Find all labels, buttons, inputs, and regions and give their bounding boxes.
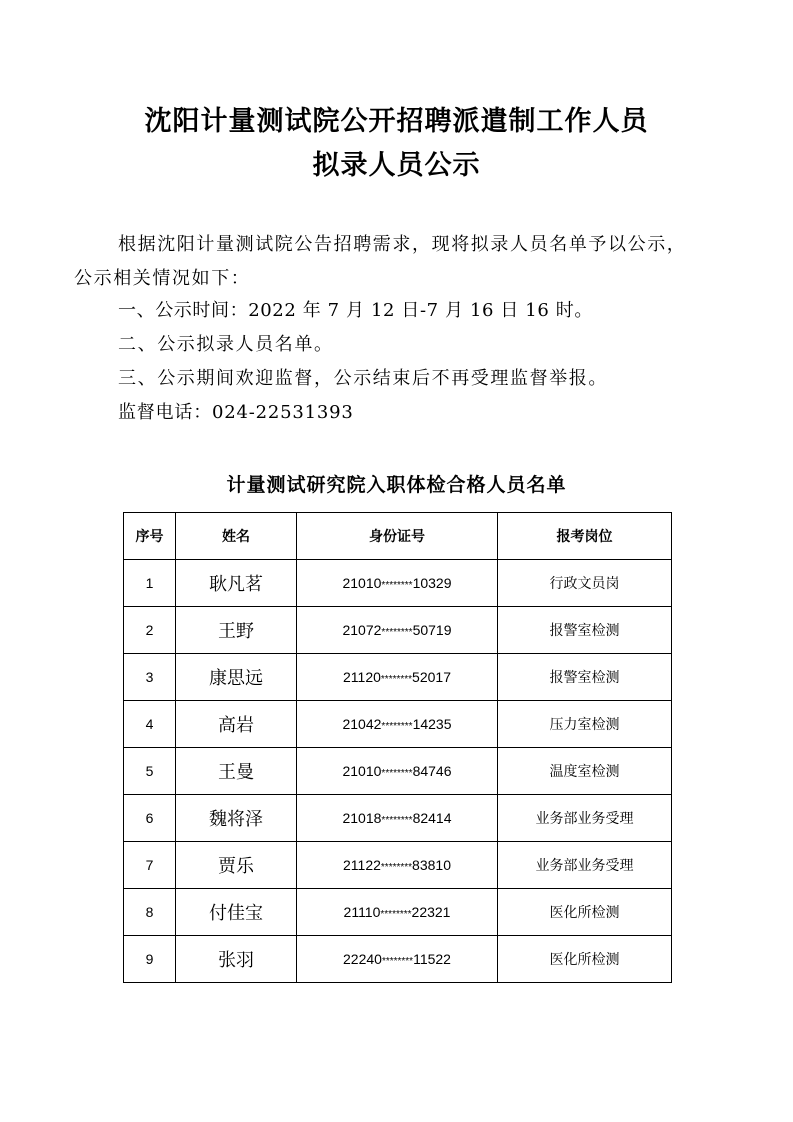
id-suffix: 10329 xyxy=(413,575,452,591)
id-suffix: 50719 xyxy=(413,622,452,638)
document-title-line1: 沈阳计量测试院公开招聘派遣制工作人员 xyxy=(0,99,793,138)
id-prefix: 21110 xyxy=(344,904,381,920)
table-row: 7贾乐21122********83810业务部业务受理 xyxy=(124,842,672,889)
row-name: 高岩 xyxy=(176,701,297,748)
row-id-number: 21072********50719 xyxy=(297,607,498,654)
id-mask: ******** xyxy=(381,768,412,779)
header-id-number: 身份证号 xyxy=(297,513,498,560)
id-suffix: 82414 xyxy=(413,810,452,826)
table-row: 9张羽22240********11522医化所检测 xyxy=(124,936,672,983)
id-prefix: 21018 xyxy=(342,810,381,826)
intro-paragraph-line1: 根据沈阳计量测试院公告招聘需求，现将拟录人员名单予以公示， xyxy=(118,230,686,256)
id-prefix: 21010 xyxy=(342,575,381,591)
id-mask: ******** xyxy=(381,862,412,873)
id-suffix: 52017 xyxy=(412,669,451,685)
id-prefix: 21120 xyxy=(343,669,381,685)
row-id-number: 21120********52017 xyxy=(297,654,498,701)
row-position: 医化所检测 xyxy=(498,936,672,983)
row-position: 业务部业务受理 xyxy=(498,842,672,889)
row-name: 王曼 xyxy=(176,748,297,795)
table-row: 3康思远21120********52017报警室检测 xyxy=(124,654,672,701)
row-id-number: 21110********22321 xyxy=(297,889,498,936)
id-mask: ******** xyxy=(381,627,412,638)
row-position: 业务部业务受理 xyxy=(498,795,672,842)
row-index: 5 xyxy=(124,748,176,795)
row-position: 温度室检测 xyxy=(498,748,672,795)
table-row: 5王曼21010********84746温度室检测 xyxy=(124,748,672,795)
id-suffix: 83810 xyxy=(412,857,451,873)
row-index: 9 xyxy=(124,936,176,983)
row-id-number: 21042********14235 xyxy=(297,701,498,748)
supervision-phone: 监督电话：024-22531393 xyxy=(118,398,354,424)
row-index: 1 xyxy=(124,560,176,607)
id-suffix: 14235 xyxy=(413,716,452,732)
row-position: 报警室检测 xyxy=(498,607,672,654)
candidate-table: 序号 姓名 身份证号 报考岗位 1耿凡茗21010********10329行政… xyxy=(123,512,672,983)
id-prefix: 21122 xyxy=(343,857,381,873)
document-title-line2: 拟录人员公示 xyxy=(0,143,793,182)
row-id-number: 21010********10329 xyxy=(297,560,498,607)
row-id-number: 22240********11522 xyxy=(297,936,498,983)
id-suffix: 84746 xyxy=(413,763,452,779)
id-mask: ******** xyxy=(382,956,413,967)
row-name: 张羽 xyxy=(176,936,297,983)
id-mask: ******** xyxy=(381,674,412,685)
table-title: 计量测试研究院入职体检合格人员名单 xyxy=(0,470,793,497)
id-prefix: 21072 xyxy=(342,622,381,638)
row-index: 8 xyxy=(124,889,176,936)
table-row: 4高岩21042********14235压力室检测 xyxy=(124,701,672,748)
id-prefix: 22240 xyxy=(343,951,382,967)
row-index: 6 xyxy=(124,795,176,842)
row-name: 耿凡茗 xyxy=(176,560,297,607)
header-name: 姓名 xyxy=(176,513,297,560)
row-index: 7 xyxy=(124,842,176,889)
header-position: 报考岗位 xyxy=(498,513,672,560)
id-mask: ******** xyxy=(381,580,412,591)
row-id-number: 21018********82414 xyxy=(297,795,498,842)
table-row: 2王野21072********50719报警室检测 xyxy=(124,607,672,654)
row-name: 王野 xyxy=(176,607,297,654)
table-header-row: 序号 姓名 身份证号 报考岗位 xyxy=(124,513,672,560)
intro-paragraph-line2: 公示相关情况如下： xyxy=(74,264,250,290)
id-prefix: 21042 xyxy=(342,716,381,732)
table-row: 6魏将泽21018********82414业务部业务受理 xyxy=(124,795,672,842)
row-position: 压力室检测 xyxy=(498,701,672,748)
id-mask: ******** xyxy=(381,721,412,732)
table-row: 1耿凡茗21010********10329行政文员岗 xyxy=(124,560,672,607)
row-name: 康思远 xyxy=(176,654,297,701)
id-suffix: 22321 xyxy=(412,904,451,920)
row-name: 贾乐 xyxy=(176,842,297,889)
row-id-number: 21010********84746 xyxy=(297,748,498,795)
row-position: 报警室检测 xyxy=(498,654,672,701)
table-row: 8付佳宝21110********22321医化所检测 xyxy=(124,889,672,936)
id-mask: ******** xyxy=(381,815,412,826)
id-prefix: 21010 xyxy=(342,763,381,779)
row-index: 3 xyxy=(124,654,176,701)
id-mask: ******** xyxy=(380,909,411,920)
row-position: 医化所检测 xyxy=(498,889,672,936)
row-id-number: 21122********83810 xyxy=(297,842,498,889)
id-suffix: 11522 xyxy=(413,951,451,967)
header-index: 序号 xyxy=(124,513,176,560)
notice-list-item: 二、公示拟录人员名单。 xyxy=(118,330,334,356)
notice-supervision-item: 三、公示期间欢迎监督，公示结束后不再受理监督举报。 xyxy=(118,364,608,390)
row-position: 行政文员岗 xyxy=(498,560,672,607)
notice-period-item: 一、公示时间：2022 年 7 月 12 日-7 月 16 日 16 时。 xyxy=(118,296,593,322)
row-name: 付佳宝 xyxy=(176,889,297,936)
row-name: 魏将泽 xyxy=(176,795,297,842)
row-index: 2 xyxy=(124,607,176,654)
row-index: 4 xyxy=(124,701,176,748)
